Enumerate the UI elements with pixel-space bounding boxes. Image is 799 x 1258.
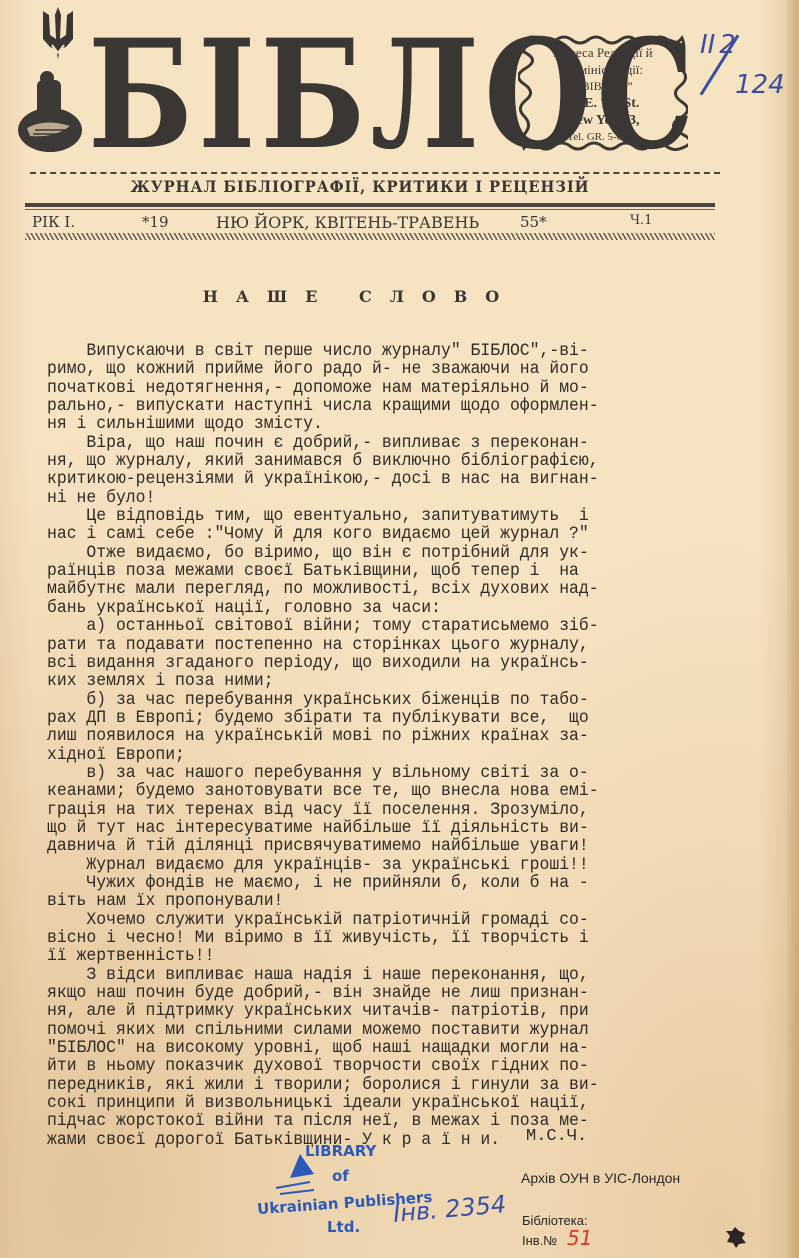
- article-line: хідної Европи;: [47, 747, 677, 765]
- article-line: рати та подавати постепенно на сторінках…: [47, 637, 677, 655]
- address-line: „ BIBLOS ”: [518, 78, 688, 95]
- emblem-icon: [15, 68, 85, 158]
- archive-label: Архів ОУН в УІС-Лондон: [521, 1170, 680, 1186]
- article-line: сокі принципи й визвольницькі ідеали укр…: [47, 1095, 677, 1113]
- article-line: ня і сильнішими щодо змісту.: [47, 416, 677, 434]
- issue-year-suffix: 55*: [520, 213, 547, 231]
- address-line: Адреса Редакції й: [518, 44, 688, 61]
- hatched-rule: [25, 233, 715, 240]
- article-line: бань української нації, головно за часи:: [47, 600, 677, 618]
- article-line: Чужих фондів не маємо, і не прийняли б, …: [47, 875, 677, 893]
- address-line: New York 3,: [518, 112, 688, 129]
- article-line: якщо наш почин буде добрий,- він знайде …: [47, 985, 677, 1003]
- signature: М.С.Ч.: [526, 1127, 587, 1146]
- article-line: Отже видаємо, бо віримо, що він є потріб…: [47, 545, 677, 563]
- article-line: йти в ньому показчик духової творчости с…: [47, 1058, 677, 1076]
- article-title: НАШЕ СЛОВО: [0, 287, 720, 306]
- article-line: передників, які жили і творили; боролися…: [47, 1077, 677, 1095]
- article-line: Віра, що наш почин є добрий,- випливає з…: [47, 435, 677, 453]
- library-stamp-line: LIBRARY: [305, 1142, 376, 1160]
- library-stamp-line: of: [332, 1167, 349, 1185]
- article-line: б) за час перебування українських біженц…: [47, 692, 677, 710]
- thin-rule: [25, 209, 715, 210]
- article-line: рах ДП в Европі; будемо збірати та публі…: [47, 710, 677, 728]
- article-line: початкові недотягнення,- допоможе нам ма…: [47, 380, 677, 398]
- article-line: давнича й тій ділянці присвячуватимемо н…: [47, 838, 677, 856]
- article-line: а) останньої світової війни; тому старат…: [47, 618, 677, 636]
- trident-icon: [40, 5, 76, 61]
- article-body: Випускаючи в світ перше число журналу" Б…: [47, 343, 707, 1150]
- article-line: кеанами; будемо занотовувати все те, що …: [47, 783, 677, 801]
- article-line: в) за час нашого перебування у вільному …: [47, 765, 677, 783]
- issue-year: РІК І.: [32, 213, 75, 231]
- article-line: рально,- випускати наступні числа кращим…: [47, 398, 677, 416]
- article-line: нас і самі себе :"Чому й для кого видаєм…: [47, 526, 677, 544]
- address-line: Адміністрації:: [518, 61, 688, 78]
- article-line: віть нам їх пропонували!: [47, 893, 677, 911]
- address-stamp: Адреса Редакції й Адміністрації: „ BIBLO…: [518, 32, 688, 154]
- article-line: що й тут нас інтересуватиме найбільше її…: [47, 820, 677, 838]
- masthead-subtitle: ЖУРНАЛ БІБЛІОГРАФІЇ, КРИТИКИ І РЕЦЕНЗІЙ: [29, 177, 691, 196]
- article-line: Це відповідь тим, що евентуально, запиту…: [47, 508, 677, 526]
- page-edge: [787, 0, 799, 1258]
- article-line: ня, що журналу, який занимався б виключн…: [47, 453, 677, 471]
- address-line: 41 E. 7th St.: [518, 95, 688, 112]
- article-line: грація на тих теренах від часу її поселе…: [47, 802, 677, 820]
- thick-rule: [25, 203, 715, 207]
- article-line: помочі яких ми спільними силами можемо п…: [47, 1022, 677, 1040]
- article-line: ня, але й підтримку українських читачів-…: [47, 1003, 677, 1021]
- article-line: Випускаючи в світ перше число журналу" Б…: [47, 343, 677, 361]
- issue-place-date: НЮ ЙОРК, КВІТЕНЬ-ТРАВЕНЬ: [216, 213, 479, 232]
- article-line: майбутнє мали перегляд, по можливості, в…: [47, 581, 677, 599]
- article-line: ких землях і поза ними;: [47, 673, 677, 691]
- article-line: Журнал видаємо для українців- за українс…: [47, 857, 677, 875]
- article-line: З відси випливає наша надія і наше перек…: [47, 967, 677, 985]
- inventory-number: 51: [567, 1226, 592, 1250]
- article-line: її жертвенність!!: [47, 948, 677, 966]
- article-line: лиш появилося на українській мові по ріж…: [47, 728, 677, 746]
- handwritten-ref-bottom: 124: [735, 70, 785, 100]
- issue-number: *19: [142, 213, 169, 231]
- article-line: римо, що кожний прийме його радо й- не з…: [47, 361, 677, 379]
- article-line: "БІБЛОС" на високому уровні, щоб наші на…: [47, 1040, 677, 1058]
- article-line: Хочемо служити українській патріотичній …: [47, 912, 677, 930]
- article-line: ні не було!: [47, 490, 677, 508]
- address-line: Tel. GR. 5-0193: [518, 129, 688, 146]
- inventory-label: Інв.№: [522, 1233, 557, 1248]
- library-stamp-line: Ltd.: [327, 1218, 360, 1236]
- dashed-rule: [30, 172, 720, 174]
- article-line: критикою-рецензіями й українікою,- досі …: [47, 471, 677, 489]
- issue-part: Ч.1: [630, 213, 652, 228]
- ink-blot-icon: [725, 1225, 747, 1249]
- article-line: раїнців поза межами своєї Батьківщини, щ…: [47, 563, 677, 581]
- library-stamp: LIBRARY of Ukrainian Publishers Ltd.: [255, 1138, 455, 1248]
- article-line: вісно і чесно! Ми віримо в її живучість,…: [47, 930, 677, 948]
- issue-line: РІК І. *19 НЮ ЙОРК, КВІТЕНЬ-ТРАВЕНЬ 55* …: [30, 213, 720, 233]
- article-line: всі видання згаданого періоду, що виходи…: [47, 655, 677, 673]
